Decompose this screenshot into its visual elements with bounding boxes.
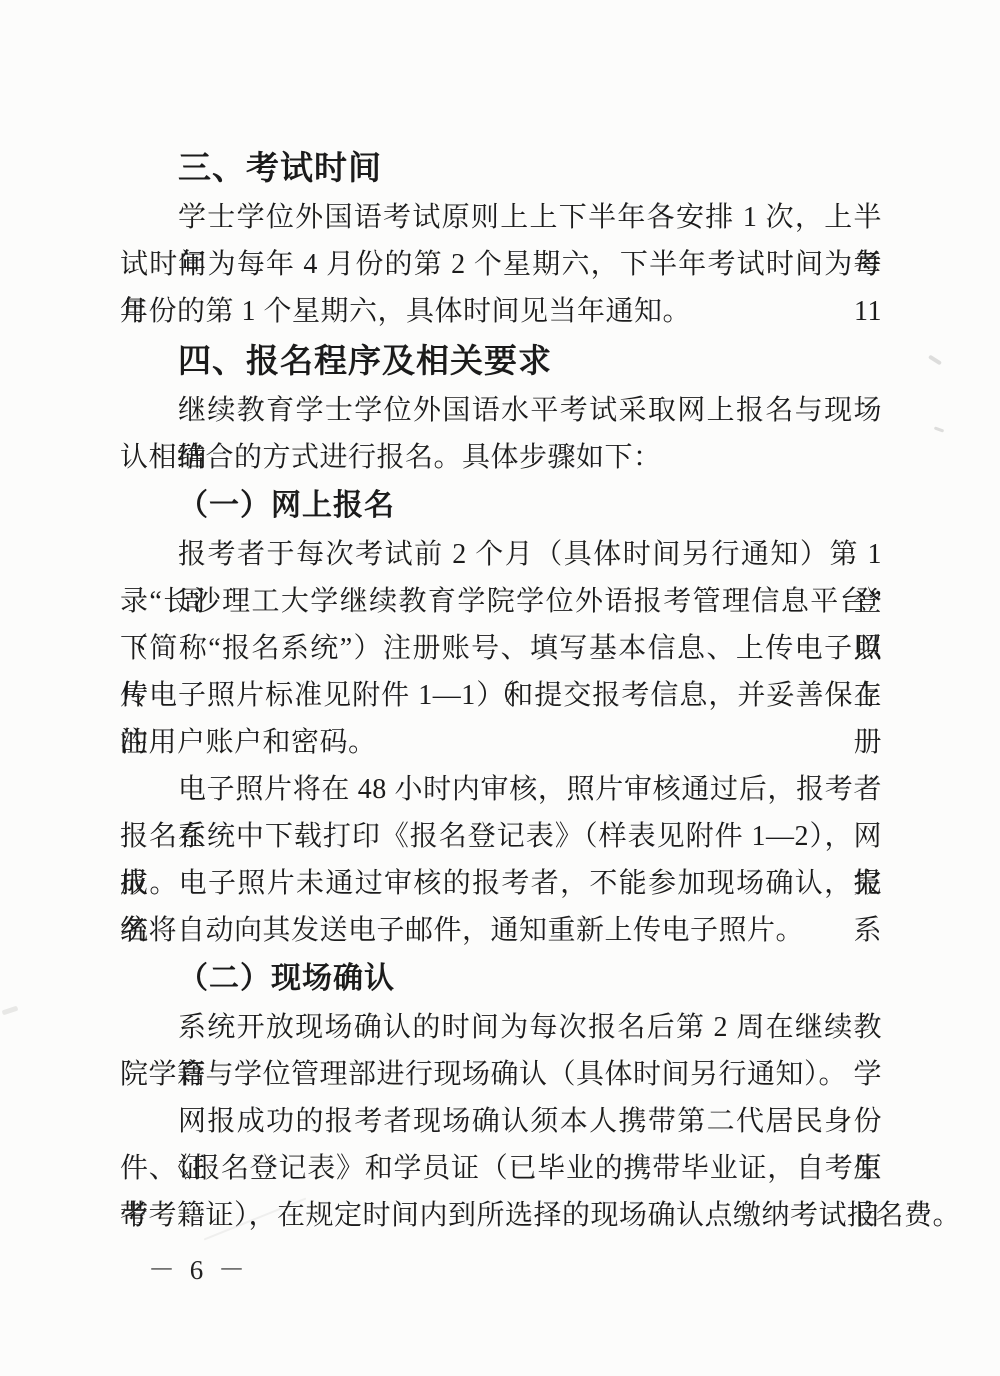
body-line: 下简称“报名系统”）注册账号、填写基本信息、上传电子照片（上 [120,625,882,672]
scan-artifact [928,355,942,366]
body-line: 试时间为每年 4 月份的第 2 个星期六，下半年考试时间为每年 11 [120,241,882,288]
section-heading-3: 三、考试时间 [120,142,882,194]
subsection-heading-1: （一）网上报名 [120,481,882,531]
body-line: 考考籍证），在规定时间内到所选择的现场确认点缴纳考试报名费。 [120,1192,882,1239]
subsection-heading-2: （二）现场确认 [120,954,882,1004]
document-page: 三、考试时间 学士学位外国语考试原则上上下半年各安排 1 次，上半年考 试时间为… [0,0,1000,1376]
document-text-column: 三、考试时间 学士学位外国语考试原则上上下半年各安排 1 次，上半年考 试时间为… [120,142,882,1239]
section-heading-4: 四、报名程序及相关要求 [120,335,882,387]
body-line: 统将自动向其发送电子邮件，通知重新上传电子照片。 [120,907,882,954]
body-line: 报考者于每次考试前 2 个月（具体时间另行通知）第 1 周登 [120,531,882,578]
body-line: 继续教育学士学位外国语水平考试采取网上报名与现场确 [120,387,882,434]
body-line: 系统开放现场确认的时间为每次报名后第 2 周在继续教育学 [120,1004,882,1051]
body-line: 学士学位外国语考试原则上上下半年各安排 1 次，上半年考 [120,194,882,241]
body-line: 网报成功的报考者现场确认须本人携带第二代居民身份证原 [120,1098,882,1145]
body-line: 院学籍与学位管理部进行现场确认（具体时间另行通知）。 [120,1051,882,1098]
body-line: 成。电子照片未通过审核的报考者，不能参加现场确认，报名系 [120,860,882,907]
scan-artifact [934,426,944,432]
body-line: 件、《报名登记表》和学员证（已毕业的携带毕业证，自考生带自 [120,1145,882,1192]
body-line: 传电子照片标准见附件 1—1）和提交报考信息，并妥善保存注册 [120,672,882,719]
body-line: 电子照片将在 48 小时内审核，照片审核通过后，报考者在 [120,766,882,813]
body-line: 报名系统中下载打印《报名登记表》（样表见附件 1—2），网报完 [120,813,882,860]
scan-artifact [2,1006,19,1016]
body-line: 认相结合的方式进行报名。具体步骤如下： [120,434,882,481]
page-number: － 6 － [148,1248,249,1287]
body-line: 录“长沙理工大学继续教育学院学位外语报考管理信息平台”（以 [120,578,882,625]
